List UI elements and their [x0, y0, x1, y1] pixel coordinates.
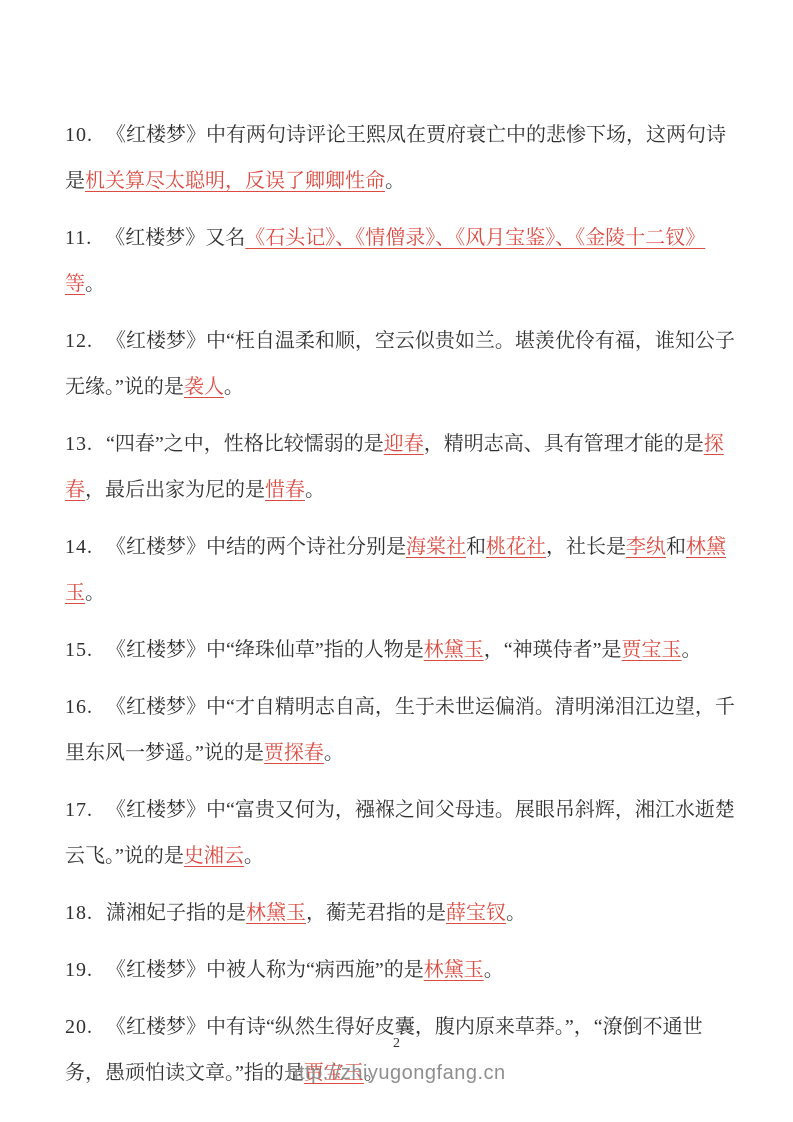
question-item: 17.《红楼梦》中“富贵又何为，襁褓之间父母违。展眼吊斜辉，湘江水逝楚云飞。”说… — [65, 787, 739, 879]
question-text: 。 — [385, 170, 405, 192]
question-number: 10. — [65, 124, 93, 146]
answer-text: 迎春 — [384, 433, 424, 455]
question-text: 《红楼梦》中“才自精明志自高，生于未世运偏消。清明涕泪江边望，千里东风一梦遥。”… — [65, 696, 735, 764]
page-number: 2 — [0, 1036, 793, 1052]
question-text: 《红楼梦》又名 — [105, 227, 245, 249]
footer-url: http://zhiyugongfang.cn — [0, 1062, 793, 1085]
question-text: 。 — [85, 273, 105, 295]
question-text: 《红楼梦》中结的两个诗社分别是 — [106, 536, 406, 558]
question-text: ，最后出家为尼的是 — [85, 479, 265, 501]
answer-text: 林黛玉 — [424, 639, 484, 661]
question-text: 潇湘妃子指的是 — [106, 902, 246, 924]
question-text: 。 — [305, 479, 325, 501]
question-text: 《红楼梦》中被人称为“病西施”的是 — [106, 959, 424, 981]
question-text: 。 — [324, 742, 344, 764]
answer-text: 机关算尽太聪明，反误了卿卿性命 — [85, 170, 385, 192]
question-list: 10.《红楼梦》中有两句诗评论王熙凤在贾府衰亡中的悲惨下场，这两句诗是机关算尽太… — [65, 112, 739, 1107]
question-item: 12.《红楼梦》中“枉自温柔和顺，空云似贵如兰。堪羡优伶有福，谁知公子无缘。”说… — [65, 318, 739, 410]
question-number: 15. — [65, 639, 93, 661]
answer-text: 贾宝玉 — [622, 639, 682, 661]
question-text: 。 — [682, 639, 702, 661]
question-number: 18. — [65, 902, 93, 924]
question-item: 15.《红楼梦》中“绛珠仙草”指的人物是林黛玉，“神瑛侍者”是贾宝玉。 — [65, 627, 739, 673]
answer-text: 惜春 — [265, 479, 305, 501]
question-text: 和 — [666, 536, 686, 558]
question-number: 20. — [65, 1016, 93, 1038]
question-text: 和 — [466, 536, 486, 558]
question-number: 13. — [65, 433, 93, 455]
question-number: 14. — [65, 536, 93, 558]
answer-text: 贾探春 — [264, 742, 324, 764]
question-item: 13.“四春”之中，性格比较懦弱的是迎春，精明志高、具有管理才能的是探春，最后出… — [65, 421, 739, 513]
answer-text: 林黛玉 — [246, 902, 306, 924]
question-text: 。 — [244, 845, 264, 867]
question-item: 16.《红楼梦》中“才自精明志自高，生于未世运偏消。清明涕泪江边望，千里东风一梦… — [65, 684, 739, 776]
answer-text: 李纨 — [626, 536, 666, 558]
question-item: 18.潇湘妃子指的是林黛玉，蘅芜君指的是薛宝钗。 — [65, 890, 739, 936]
question-number: 16. — [65, 696, 93, 718]
question-number: 17. — [65, 799, 93, 821]
question-text: 。 — [224, 376, 244, 398]
question-item: 19.《红楼梦》中被人称为“病西施”的是林黛玉。 — [65, 947, 739, 993]
question-item: 14.《红楼梦》中结的两个诗社分别是海棠社和桃花社，社长是李纨和林黛玉。 — [65, 524, 739, 616]
question-text: ，精明志高、具有管理才能的是 — [424, 433, 704, 455]
question-text: 。 — [506, 902, 526, 924]
answer-text: 史湘云 — [184, 845, 244, 867]
question-text: 。 — [85, 582, 105, 604]
answer-text: 袭人 — [184, 376, 224, 398]
answer-text: 桃花社 — [486, 536, 546, 558]
question-text: 《红楼梦》中“绛珠仙草”指的人物是 — [106, 639, 424, 661]
question-number: 11. — [65, 227, 92, 249]
question-text: 《红楼梦》中“富贵又何为，襁褓之间父母违。展眼吊斜辉，湘江水逝楚云飞。”说的是 — [65, 799, 735, 867]
question-text: ，社长是 — [546, 536, 626, 558]
question-text: ，“神瑛侍者”是 — [484, 639, 622, 661]
question-item: 10.《红楼梦》中有两句诗评论王熙凤在贾府衰亡中的悲惨下场，这两句诗是机关算尽太… — [65, 112, 739, 204]
question-text: 。 — [484, 959, 504, 981]
answer-text: 薛宝钗 — [446, 902, 506, 924]
document-page: 10.《红楼梦》中有两句诗评论王熙凤在贾府衰亡中的悲惨下场，这两句诗是机关算尽太… — [0, 0, 793, 1122]
question-item: 11.《红楼梦》又名《石头记》、《情僧录》、《风月宝鉴》、《金陵十二钗》等。 — [65, 215, 739, 307]
answer-text: 林黛玉 — [424, 959, 484, 981]
question-text: ，蘅芜君指的是 — [306, 902, 446, 924]
question-number: 19. — [65, 959, 93, 981]
question-text: “四春”之中，性格比较懦弱的是 — [106, 433, 384, 455]
question-number: 12. — [65, 330, 93, 352]
question-text: 《红楼梦》中“枉自温柔和顺，空云似贵如兰。堪羡优伶有福，谁知公子无缘。”说的是 — [65, 330, 735, 398]
answer-text: 海棠社 — [406, 536, 466, 558]
